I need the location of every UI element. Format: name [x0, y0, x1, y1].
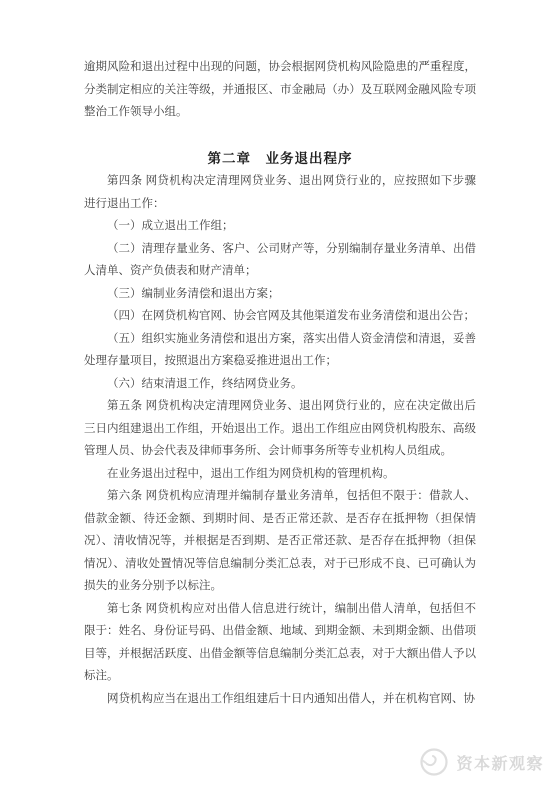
list-item-5: （五）组织实施业务清偿和退出方案，落实出借人资金清偿和清退，妥善处理存量项目，按… — [84, 328, 476, 373]
brand-circle-logo-icon — [419, 747, 449, 777]
document-page: 逾期风险和退出过程中出现的问题，协会根据网贷机构风险隐患的严重程度，分类制定相应… — [0, 0, 556, 787]
paragraph-article-7: 第七条 网贷机构应对出借人信息进行统计，编制出借人清单，包括但不限于：姓名、身份… — [84, 598, 476, 688]
paragraph-notice-truncated: 网贷机构应当在退出工作组组建后十日内通知出借人，并在机构官网、协 — [84, 688, 476, 711]
list-item-1: （一）成立退出工作组； — [84, 215, 476, 238]
list-item-6: （六）结束清退工作，终结网贷业务。 — [84, 373, 476, 396]
paragraph-article-5: 第五条 网贷机构决定清理网贷业务、退出网贷行业的，应在决定做出后三日内组建退出工… — [84, 395, 476, 463]
chapter-heading: 第二章 业务退出程序 — [84, 148, 476, 171]
paragraph-management-note: 在业务退出过程中，退出工作组为网贷机构的管理机构。 — [84, 463, 476, 486]
list-item-3: （三）编制业务清偿和退出方案； — [84, 283, 476, 306]
document-body: 逾期风险和退出过程中出现的问题，协会根据网贷机构风险隐患的严重程度，分类制定相应… — [84, 56, 476, 710]
paragraph-article-4: 第四条 网贷机构决定清理网贷业务、退出网贷行业的，应按照如下步骤进行退出工作： — [84, 170, 476, 215]
list-item-4: （四）在网贷机构官网、协会官网及其他渠道发布业务清偿和退出公告； — [84, 305, 476, 328]
paragraph-continuation: 逾期风险和退出过程中出现的问题，协会根据网贷机构风险隐患的严重程度，分类制定相应… — [84, 56, 476, 124]
list-item-2: （二）清理存量业务、客户、公司财产等，分别编制存量业务清单、出借人清单、资产负债… — [84, 238, 476, 283]
brand-name: 资本新观察 — [456, 751, 544, 774]
watermark: 资本新观察 — [419, 747, 544, 777]
paragraph-article-6: 第六条 网贷机构应清理并编制存量业务清单，包括但不限于：借款人、借款金额、待还金… — [84, 485, 476, 598]
